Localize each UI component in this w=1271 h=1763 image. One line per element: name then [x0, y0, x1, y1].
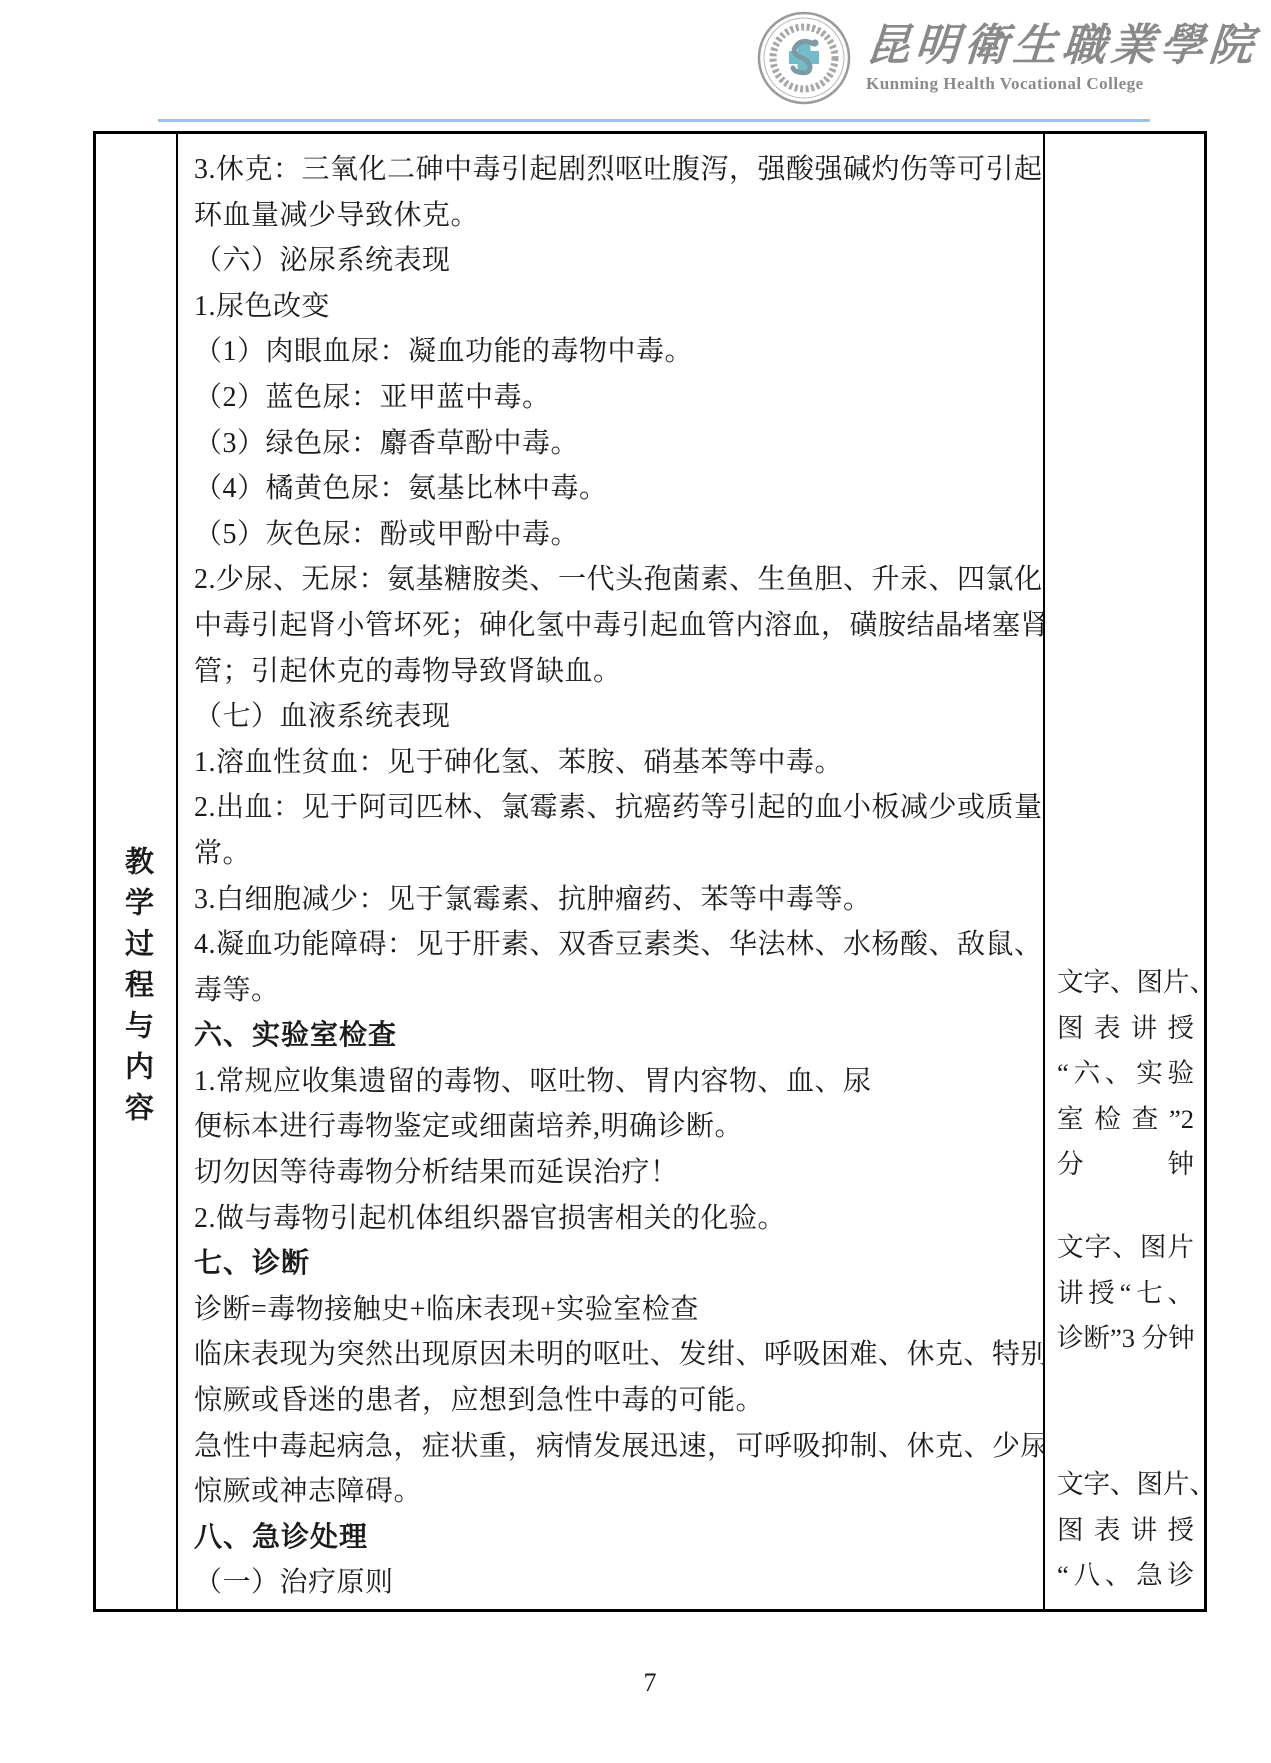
- content-line: 管；引起休克的毒物导致肾缺血。: [194, 649, 1035, 695]
- note-line: 室检查”2: [1057, 1097, 1194, 1143]
- content-line: 1.溶血性贫血：见于砷化氢、苯胺、硝基苯等中毒。: [194, 740, 1035, 786]
- teaching-note-block: 文字、图片、图表讲授“六、实验室检查”2分钟: [1045, 960, 1204, 1188]
- note-line: “八、急诊: [1057, 1553, 1194, 1599]
- college-logo: 昆明衛生職業學院 Kunming Health Vocational Colle…: [756, 10, 1258, 106]
- lesson-plan-table: 教学过程与内容 3.休克：三氧化二砷中毒引起剧烈呕吐腹泻，强酸强碱灼伤等可引起循…: [93, 131, 1207, 1612]
- content-line: （2）蓝色尿：亚甲蓝中毒。: [194, 375, 1035, 421]
- note-line: 讲授“七、: [1057, 1271, 1194, 1317]
- content-line: （5）灰色尿：酚或甲酚中毒。: [194, 512, 1035, 558]
- content-line: 3.白细胞减少：见于氯霉素、抗肿瘤药、苯等中毒等。: [194, 877, 1035, 923]
- note-line: 图表讲授: [1057, 1006, 1194, 1052]
- note-line: 图表讲授: [1057, 1508, 1194, 1554]
- college-name-zh: 昆明衛生職業學院: [864, 22, 1259, 70]
- content-lines: 3.休克：三氧化二砷中毒引起剧烈呕吐腹泻，强酸强碱灼伤等可引起循环血量减少导致休…: [178, 134, 1043, 1606]
- teaching-note-block: 文字、图片讲授“七、诊断”3 分钟: [1045, 1225, 1204, 1362]
- content-line: 1.常规应收集遗留的毒物、呕吐物、胃内容物、血、尿: [194, 1059, 1035, 1105]
- content-line: 中毒引起肾小管坏死；砷化氢中毒引起血管内溶血，磺胺结晶堵塞肾小: [194, 603, 1035, 649]
- teaching-process-header: 教学过程与内容: [96, 846, 178, 1133]
- content-line: 1.尿色改变: [194, 284, 1035, 330]
- content-line: 惊厥或昏迷的患者，应想到急性中毒的可能。: [194, 1378, 1035, 1424]
- content-line: 八、急诊处理: [194, 1515, 1035, 1561]
- note-line: 文字、图片: [1057, 1225, 1194, 1271]
- content-line: 2.做与毒物引起机体组织器官损害相关的化验。: [194, 1196, 1035, 1242]
- content-line: 临床表现为突然出现原因未明的呕吐、发绀、呼吸困难、休克、特别是: [194, 1332, 1035, 1378]
- college-seal-icon: [756, 10, 852, 106]
- note-line: “六、实验: [1057, 1051, 1194, 1097]
- content-line: 便标本进行毒物鉴定或细菌培养,明确诊断。: [194, 1104, 1035, 1150]
- content-line: 2.出血：见于阿司匹林、氯霉素、抗癌药等引起的血小板减少或质量异: [194, 785, 1035, 831]
- content-line: （1）肉眼血尿：凝血功能的毒物中毒。: [194, 329, 1035, 375]
- content-line: （3）绿色尿：麝香草酚中毒。: [194, 421, 1035, 467]
- content-line: 切勿因等待毒物分析结果而延误治疗！: [194, 1150, 1035, 1196]
- table-column-notes: 文字、图片、图表讲授“六、实验室检查”2分钟 文字、图片讲授“七、诊断”3 分钟…: [1045, 134, 1204, 1609]
- content-line: 七、诊断: [194, 1241, 1035, 1287]
- content-line: 2.少尿、无尿：氨基糖胺类、一代头孢菌素、生鱼胆、升汞、四氯化碳: [194, 557, 1035, 603]
- header-divider-rule: [158, 119, 1150, 122]
- note-line: 分钟: [1057, 1142, 1194, 1188]
- note-line: 诊断”3 分钟: [1057, 1316, 1194, 1362]
- content-line: 六、实验室检查: [194, 1013, 1035, 1059]
- note-line: 文字、图片、: [1057, 1462, 1194, 1508]
- table-column-content: 3.休克：三氧化二砷中毒引起剧烈呕吐腹泻，强酸强碱灼伤等可引起循环血量减少导致休…: [178, 134, 1045, 1609]
- content-line: 诊断=毒物接触史+临床表现+实验室检查: [194, 1287, 1035, 1333]
- content-line: 惊厥或神志障碍。: [194, 1469, 1035, 1515]
- content-line: 毒等。: [194, 968, 1035, 1014]
- note-line: 文字、图片、: [1057, 960, 1194, 1006]
- college-name-en: Kunming Health Vocational College: [866, 74, 1258, 94]
- content-line: （4）橘黄色尿：氨基比林中毒。: [194, 466, 1035, 512]
- content-line: （七）血液系统表现: [194, 694, 1035, 740]
- teaching-note-block: 文字、图片、图表讲授“八、急诊: [1045, 1462, 1204, 1599]
- content-line: 3.休克：三氧化二砷中毒引起剧烈呕吐腹泻，强酸强碱灼伤等可引起循: [194, 147, 1035, 193]
- content-line: （六）泌尿系统表现: [194, 238, 1035, 284]
- content-line: 环血量减少导致休克。: [194, 193, 1035, 239]
- content-line: 常。: [194, 831, 1035, 877]
- content-line: （一）治疗原则: [194, 1560, 1035, 1606]
- content-line: 4.凝血功能障碍：见于肝素、双香豆素类、华法林、水杨酸、敌鼠、蛇: [194, 922, 1035, 968]
- table-column-left: 教学过程与内容: [96, 134, 178, 1609]
- page-header: 昆明衛生職業學院 Kunming Health Vocational Colle…: [0, 0, 1271, 118]
- content-line: 急性中毒起病急，症状重，病情发展迅速，可呼吸抑制、休克、少尿、: [194, 1424, 1035, 1470]
- page-number: 7: [93, 1668, 1207, 1698]
